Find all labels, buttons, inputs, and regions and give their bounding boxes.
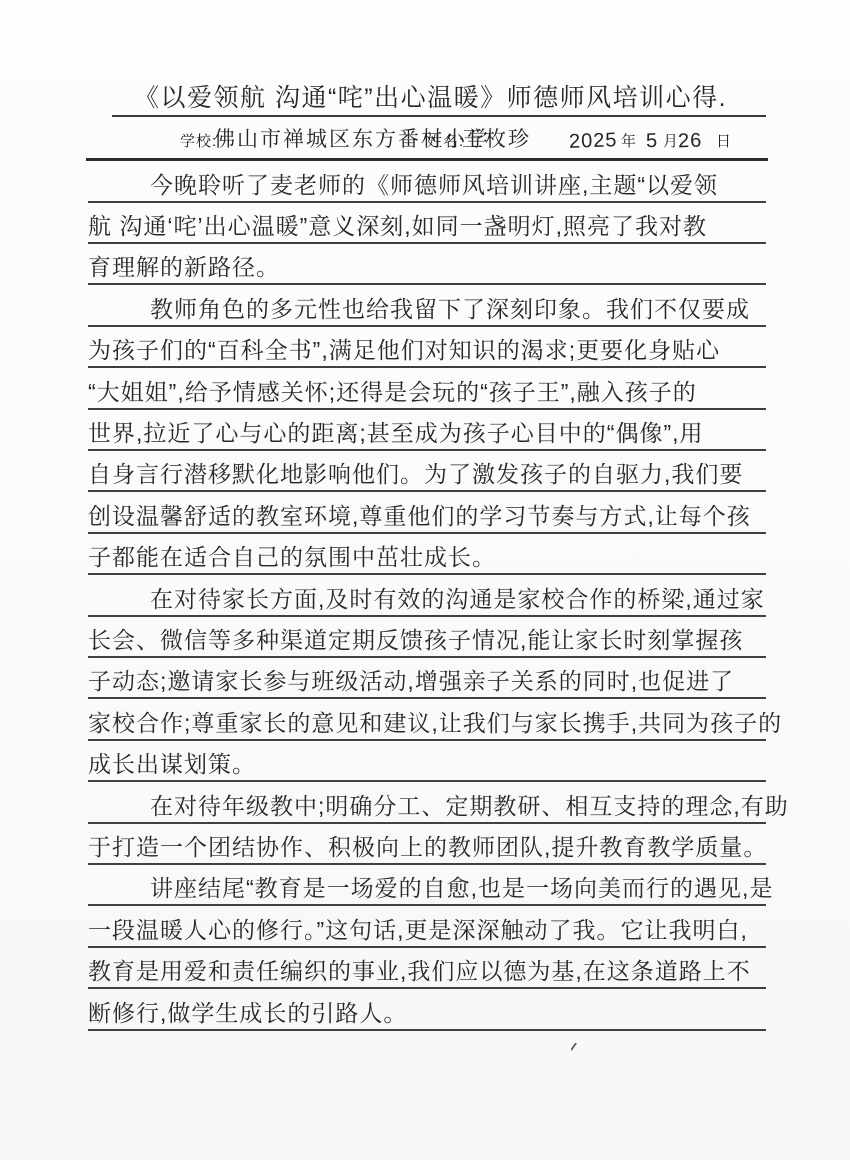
handwritten-line: 一段温暖人心的修行。”这句话,更是深深触动了我。它让我明白, [88,907,766,948]
handwritten-line: 教师角色的多元性也给我留下了深刻印象。我们不仅要成 [88,286,766,327]
handwritten-line-text: 世界,拉近了心与心的距离;甚至成为孩子心目中的“偶像”,用 [88,418,704,449]
handwritten-line-text: 自身言行潜移默化地影响他们。为了激发孩子的自驱力,我们要 [88,459,743,490]
handwritten-line-text: 讲座结尾“教育是一场爱的自愈,也是一场向美而行的遇见,是 [88,873,773,904]
handwritten-line-text: 在对待家长方面,及时有效的沟通是家校合作的桥梁,通过家 [88,584,765,615]
handwritten-line-text: 一段温暖人心的修行。”这句话,更是深深触动了我。它让我明白, [88,915,748,946]
handwritten-line-text: “大姐姐”,给予情感关怀;还得是会玩的“孩子王”,融入孩子的 [88,377,697,408]
scanned-handwritten-page: 《以爱领航 沟通“咤”出心温暖》师德师风培训心得. 学校: 佛山市禅城区东方番村… [0,0,850,1160]
handwritten-line: 教育是用爱和责任编织的事业,我们应以德为基,在这条道路上不 [88,948,766,989]
handwritten-line-text: 航 沟通‘咤’出心温暖”意义深刻,如同一盏明灯,照亮了我对教 [88,211,707,242]
handwritten-line: 创设温馨舒适的教室环境,尊重他们的学习节奏与方式,让每个孩 [88,493,766,534]
handwritten-line-text: 于打造一个团结协作、积极向上的教师团队,提升教育教学质量。 [88,832,767,863]
handwritten-line-text: 断修行,做学生成长的引路人。 [88,998,407,1029]
handwritten-line-text: 创设温馨舒适的教室环境,尊重他们的学习节奏与方式,让每个孩 [88,501,751,532]
handwritten-line-text: 在对待年级教中;明确分工、定期教研、相互支持的理念,有助 [88,791,789,822]
handwritten-line: 家校合作;尊重家长的意见和建议,让我们与家长携手,共同为孩子的 [88,700,766,741]
handwritten-line-text: 成长出谋划策。 [88,749,256,780]
handwritten-line: 在对待年级教中;明确分工、定期教研、相互支持的理念,有助 [88,783,766,824]
handwritten-line: 子动态;邀请家长参与班级活动,增强亲子关系的同时,也促进了 [88,658,766,699]
handwritten-line: 断修行,做学生成长的引路人。 [88,990,766,1031]
handwritten-line: 今晚聆听了麦老师的《师德师风培训讲座,主题“以爱领 [88,162,766,203]
handwritten-line-text: 教师角色的多元性也给我留下了深刻印象。我们不仅要成 [88,294,750,325]
handwritten-line-text: 家校合作;尊重家长的意见和建议,让我们与家长携手,共同为孩子的 [88,708,782,739]
handwritten-line: 子都能在适合自己的氛围中茁壮成长。 [88,534,766,575]
handwritten-line-text: 长会、微信等多种渠道定期反馈孩子情况,能让家长时刻掌握孩 [88,625,743,656]
handwritten-line-text: 为孩子们的“百科全书”,满足他们对知识的渴求;更要化身贴心 [88,335,720,366]
handwritten-line-text: 教育是用爱和责任编织的事业,我们应以德为基,在这条道路上不 [88,956,751,987]
body-lines: 今晚聆听了麦老师的《师德师风培训讲座,主题“以爱领航 沟通‘咤’出心温暖”意义深… [0,0,850,1160]
handwritten-line: 长会、微信等多种渠道定期反馈孩子情况,能让家长时刻掌握孩 [88,617,766,658]
handwritten-line: 为孩子们的“百科全书”,满足他们对知识的渴求;更要化身贴心 [88,327,766,368]
handwritten-line: 在对待家长方面,及时有效的沟通是家校合作的桥梁,通过家 [88,576,766,617]
handwritten-line-text: 育理解的新路径。 [88,252,280,283]
handwritten-line: 育理解的新路径。 [88,244,766,285]
handwritten-line: 世界,拉近了心与心的距离;甚至成为孩子心目中的“偶像”,用 [88,410,766,451]
handwritten-line-text: 子动态;邀请家长参与班级活动,增强亲子关系的同时,也促进了 [88,666,734,697]
handwritten-line: 自身言行潜移默化地影响他们。为了激发孩子的自驱力,我们要 [88,451,766,492]
handwritten-line: 成长出谋划策。 [88,741,766,782]
handwritten-line: 讲座结尾“教育是一场爱的自愈,也是一场向美而行的遇见,是 [88,865,766,906]
handwritten-line: “大姐姐”,给予情感关怀;还得是会玩的“孩子王”,融入孩子的 [88,369,766,410]
handwritten-line-text: 子都能在适合自己的氛围中茁壮成长。 [88,542,496,573]
handwritten-line: 航 沟通‘咤’出心温暖”意义深刻,如同一盏明灯,照亮了我对教 [88,203,766,244]
handwritten-line-text: 今晚聆听了麦老师的《师德师风培训讲座,主题“以爱领 [88,170,718,201]
handwritten-line: 于打造一个团结协作、积极向上的教师团队,提升教育教学质量。 [88,824,766,865]
